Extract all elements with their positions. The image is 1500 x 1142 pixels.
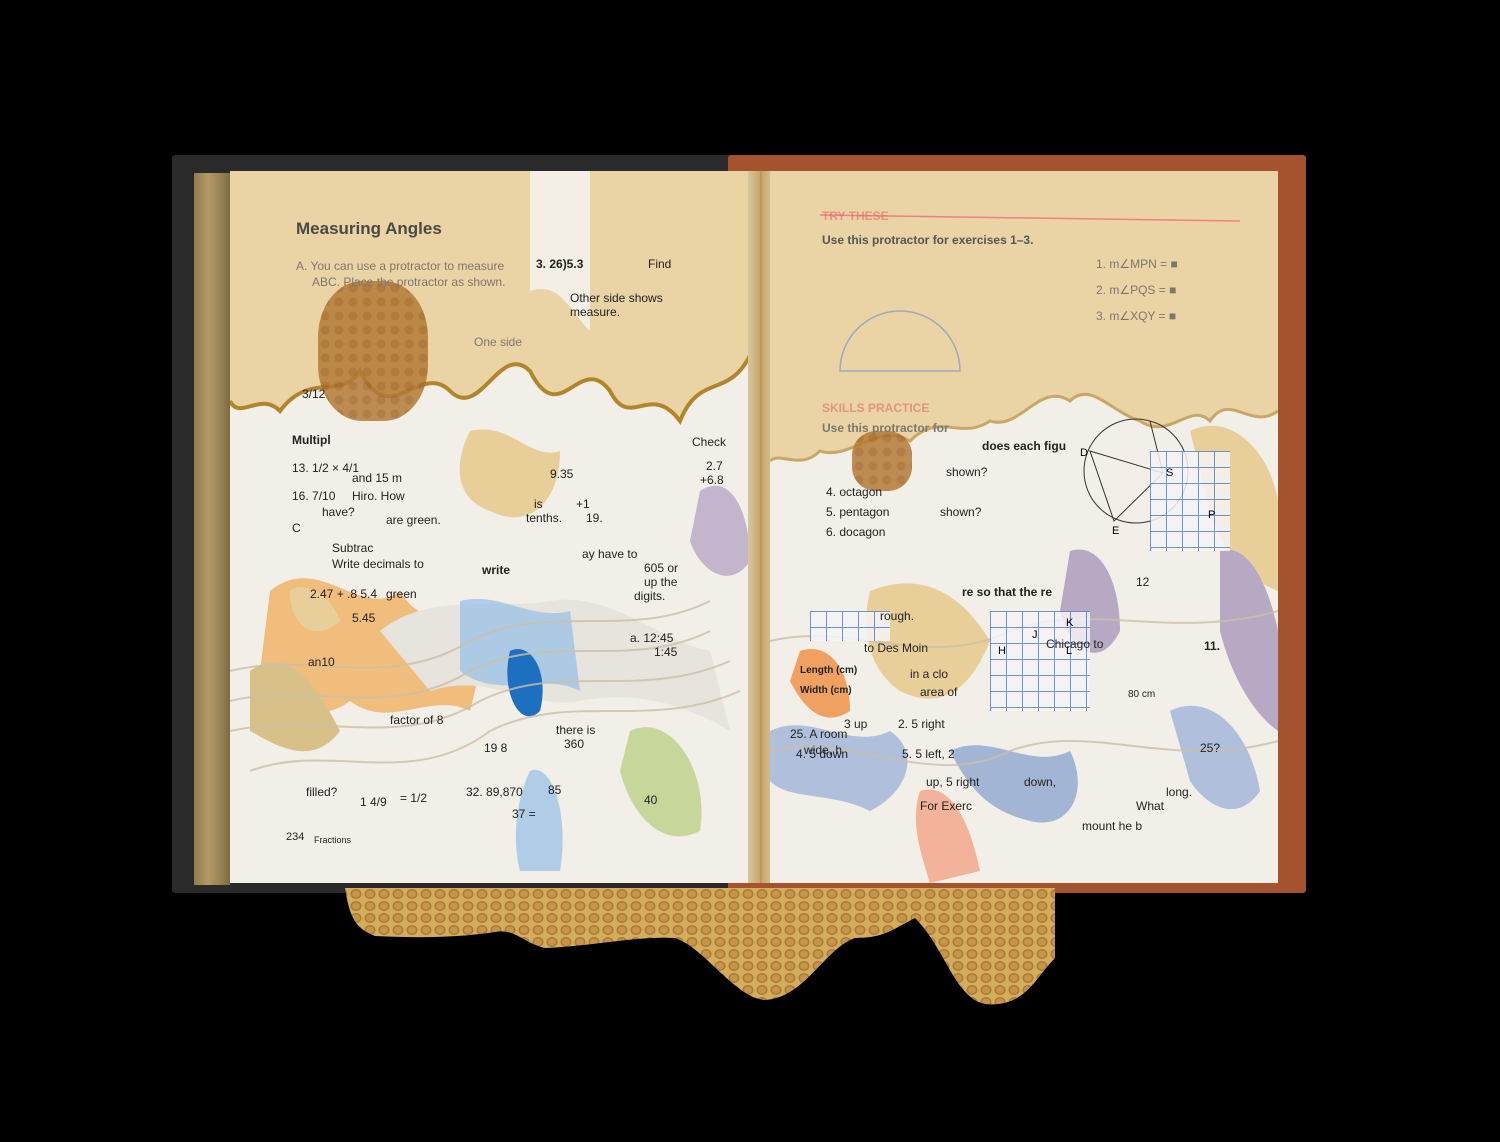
question-text: area of: [920, 685, 957, 699]
question-text: shown?: [940, 505, 981, 519]
table-header: Width (cm): [800, 685, 852, 696]
exercise-text: an10: [308, 655, 335, 669]
exercise-text: up the: [644, 575, 677, 589]
exercise-text: 16. 7/10: [292, 489, 335, 503]
exercise-text: 25. A room: [790, 727, 847, 741]
exercise-text: 40: [644, 793, 657, 807]
exercise-text: 19.: [586, 511, 603, 525]
intro-line: ABC. Place the protractor as shown.: [312, 275, 505, 289]
exercise-text: 3. 26)5.3: [536, 257, 583, 271]
instruction-text: Use this protractor for: [822, 421, 949, 435]
direction: 2. 5 right: [898, 717, 945, 731]
intro-line: A. You can use a protractor to measure: [296, 259, 504, 273]
question: 2. m∠PQS = ■: [1096, 283, 1176, 297]
honeycomb-patch: [318, 281, 428, 421]
exercise-text: For Exerc: [920, 799, 972, 813]
exercise-text: What: [1136, 799, 1164, 813]
page-title: Measuring Angles: [296, 219, 442, 239]
exercise-text: Hiro. How: [352, 489, 405, 503]
fraction: 3/12: [302, 387, 325, 401]
question-text: does each figu: [982, 439, 1066, 453]
exercise-text: Find: [648, 257, 671, 271]
exercise-text: 25?: [1200, 741, 1220, 755]
exercise-text: are green.: [386, 513, 441, 527]
measurement: 80 cm: [1128, 689, 1155, 700]
question-text: rough.: [880, 609, 914, 623]
question: 1. m∠MPN = ■: [1096, 257, 1178, 271]
section-heading: TRY THESE: [822, 209, 889, 223]
section-heading: Multipl: [292, 433, 331, 447]
exercise-text: Write decimals to: [332, 557, 424, 571]
callout-text: One side: [474, 335, 522, 349]
honeycomb-drip: [335, 888, 1055, 1008]
point-label: H: [998, 645, 1006, 657]
exercise-text: ay have to: [582, 547, 637, 561]
point-label: S: [1166, 467, 1173, 479]
exercise-text: 605 or: [644, 561, 678, 575]
open-textbook: Measuring Angles A. You can use a protra…: [172, 155, 1302, 893]
exercise-text: 19 8: [484, 741, 507, 755]
exercise-text: long.: [1166, 785, 1192, 799]
exercise-text: 2.7: [706, 459, 723, 473]
exercise-text: filled?: [306, 785, 337, 799]
list-item: 5. pentagon: [826, 505, 889, 519]
callout-text: Other side shows: [570, 291, 663, 305]
graph-grid: [1150, 451, 1230, 551]
exercise-text: 2.47 + .8 5.4: [310, 587, 377, 601]
direction: 4. 5 down: [796, 747, 848, 761]
right-page: TRY THESE Use this protractor for exerci…: [770, 171, 1278, 883]
list-item: 6. docagon: [826, 525, 885, 539]
question-text: shown?: [946, 465, 987, 479]
callout-text: measure.: [570, 305, 620, 319]
page-edges: [194, 173, 230, 885]
graph-grid: [810, 611, 890, 641]
exercise-text: factor of 8: [390, 713, 443, 727]
exercise-text: 360: [564, 737, 584, 751]
direction: 5. 5 left, 2: [902, 747, 955, 761]
table-header: Length (cm): [800, 665, 857, 676]
question-text: in a clo: [910, 667, 948, 681]
exercise-text: 13. 1/2 × 4/1: [292, 461, 359, 475]
exercise-text: 37 =: [512, 807, 536, 821]
list-item: 4. octagon: [826, 485, 882, 499]
point-label: E: [1112, 525, 1119, 537]
exercise-text: there is: [556, 723, 595, 737]
question-text: re so that the re: [962, 585, 1052, 599]
exercise-text: Subtrac: [332, 541, 373, 555]
exercise-text: 1:45: [654, 645, 677, 659]
exercise-text: Check: [692, 435, 726, 449]
page-number: 234: [286, 831, 304, 843]
exercise-text: 1 4/9: [360, 795, 387, 809]
instruction-text: Use this protractor for exercises 1–3.: [822, 233, 1033, 247]
exercise-text: 85: [548, 783, 561, 797]
direction: 3 up: [844, 717, 867, 731]
exercise-text: 9.35: [550, 467, 573, 481]
exercise-text: digits.: [634, 589, 665, 603]
exercise-number: 11.: [1204, 639, 1220, 653]
exercise-text: and 15 m: [352, 471, 402, 485]
section-heading: C: [292, 521, 301, 535]
point-label: P: [1208, 509, 1215, 521]
exercise-text: have?: [322, 505, 355, 519]
direction: up, 5 right: [926, 775, 979, 789]
question: 3. m∠XQY = ■: [1096, 309, 1176, 323]
graph-grid: [990, 611, 1090, 711]
exercise-text: mount he b: [1082, 819, 1142, 833]
question-text: Chicago to: [1046, 637, 1103, 651]
left-page: Measuring Angles A. You can use a protra…: [230, 171, 752, 883]
exercise-text: green: [386, 587, 417, 601]
exercise-text: a. 12:45: [630, 631, 673, 645]
section-heading: SKILLS PRACTICE: [822, 401, 929, 415]
honeycomb-patch: [852, 431, 912, 491]
box-label: write: [482, 563, 510, 577]
exercise-text: +1: [576, 497, 590, 511]
question-text: to Des Moin: [864, 641, 928, 655]
point-label: D: [1080, 447, 1088, 459]
exercise-text: +6.8: [700, 473, 724, 487]
page-footer: Fractions: [314, 835, 351, 845]
exercise-text: = 1/2: [400, 791, 427, 805]
point-label: L: [1066, 645, 1072, 657]
exercise-text: is: [534, 497, 543, 511]
exercise-text: 5.45: [352, 611, 375, 625]
direction: down,: [1024, 775, 1056, 789]
number: 12: [1136, 575, 1149, 589]
exercise-text: tenths.: [526, 511, 562, 525]
point-label: K: [1066, 617, 1073, 629]
exercise-text: 32. 89,870: [466, 785, 523, 799]
point-label: J: [1032, 629, 1038, 641]
